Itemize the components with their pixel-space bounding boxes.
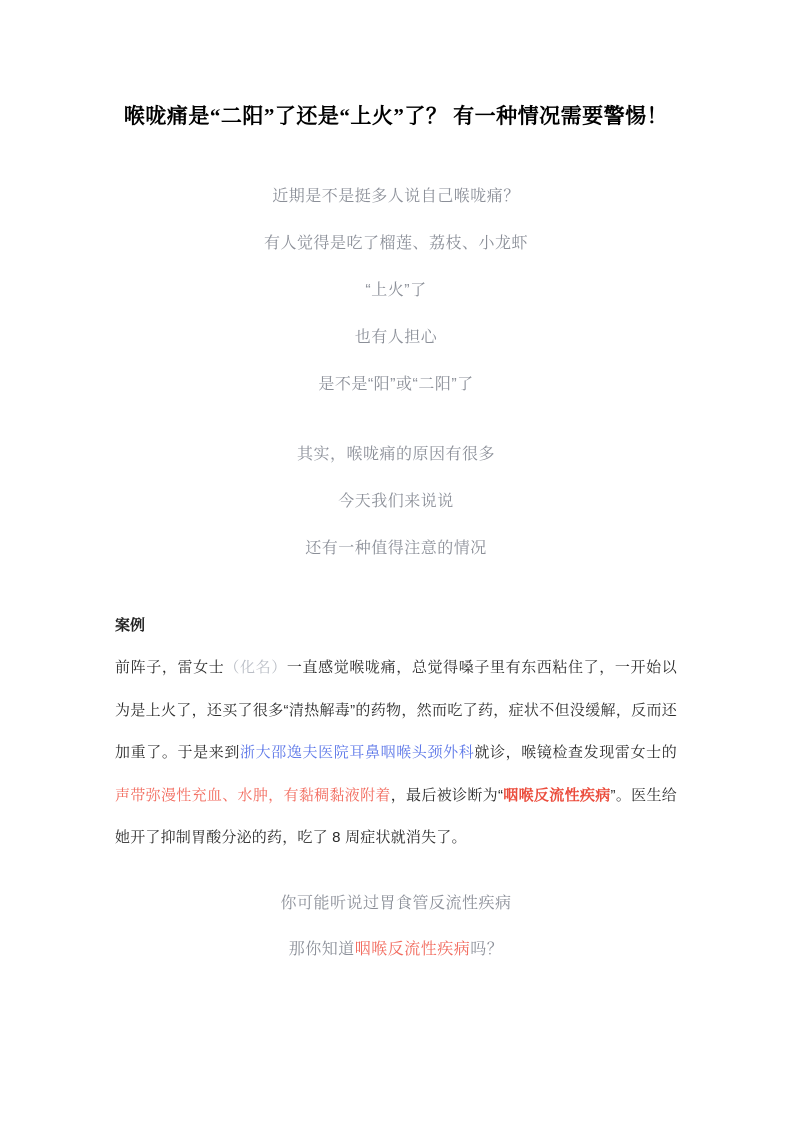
case-paragraph: 前阵子，雷女士（化名）一直感觉喉咙痛，总觉得嗓子里有东西粘住了，一开始以为是上火…	[115, 647, 677, 860]
intro-line: 有人觉得是吃了榴莲、荔枝、小龙虾	[115, 236, 677, 252]
intro-line: “上火”了	[115, 283, 677, 299]
article-title: 喉咙痛是“二阳”了还是“上火”了？ 有一种情况需要警惕！	[115, 103, 677, 129]
intro-block-2: 其实，喉咙痛的原因有很多 今天我们来说说 还有一种值得注意的情况	[115, 447, 677, 557]
outro-block: 你可能听说过胃食管反流性疾病 那你知道咽喉反流性疾病吗？	[115, 896, 677, 958]
article-page: 喉咙痛是“二阳”了还是“上火”了？ 有一种情况需要警惕！ 近期是不是挺多人说自己…	[115, 0, 677, 958]
intro-line: 今天我们来说说	[115, 494, 677, 510]
outro-segment-gray: 那你知道	[289, 941, 355, 958]
case-segment-intro: 前阵子，雷女士	[115, 659, 224, 676]
outro-line: 你可能听说过胃食管反流性疾病	[115, 896, 677, 912]
case-heading: 案例	[115, 618, 677, 634]
intro-line: 近期是不是挺多人说自己喉咙痛？	[115, 189, 677, 205]
case-segment-hospital-link[interactable]: 浙大邵逸夫医院耳鼻咽喉头颈外科	[240, 744, 474, 761]
case-segment-visit: 就诊，喉镜检查发现雷女士的	[474, 744, 677, 761]
intro-line: 是不是“阳”或“二阳”了	[115, 377, 677, 393]
case-segment-alias-note: （化名）	[224, 659, 287, 676]
intro-line: 还有一种值得注意的情况	[115, 541, 677, 557]
intro-line: 也有人担心	[115, 330, 677, 346]
intro-block-1: 近期是不是挺多人说自己喉咙痛？ 有人觉得是吃了榴莲、荔枝、小龙虾 “上火”了 也…	[115, 189, 677, 393]
case-segment-diagnosis: 咽喉反流性疾病	[503, 787, 610, 804]
case-segment-diagnosed-as: ，最后被诊断为“	[391, 787, 503, 804]
intro-line: 其实，喉咙痛的原因有很多	[115, 447, 677, 463]
outro-line: 那你知道咽喉反流性疾病吗？	[115, 942, 677, 958]
outro-segment-disease: 咽喉反流性疾病	[355, 941, 471, 958]
case-segment-findings: 声带弥漫性充血、水肿，有黏稠黏液附着	[115, 787, 391, 804]
outro-segment-gray: 吗？	[470, 941, 503, 958]
